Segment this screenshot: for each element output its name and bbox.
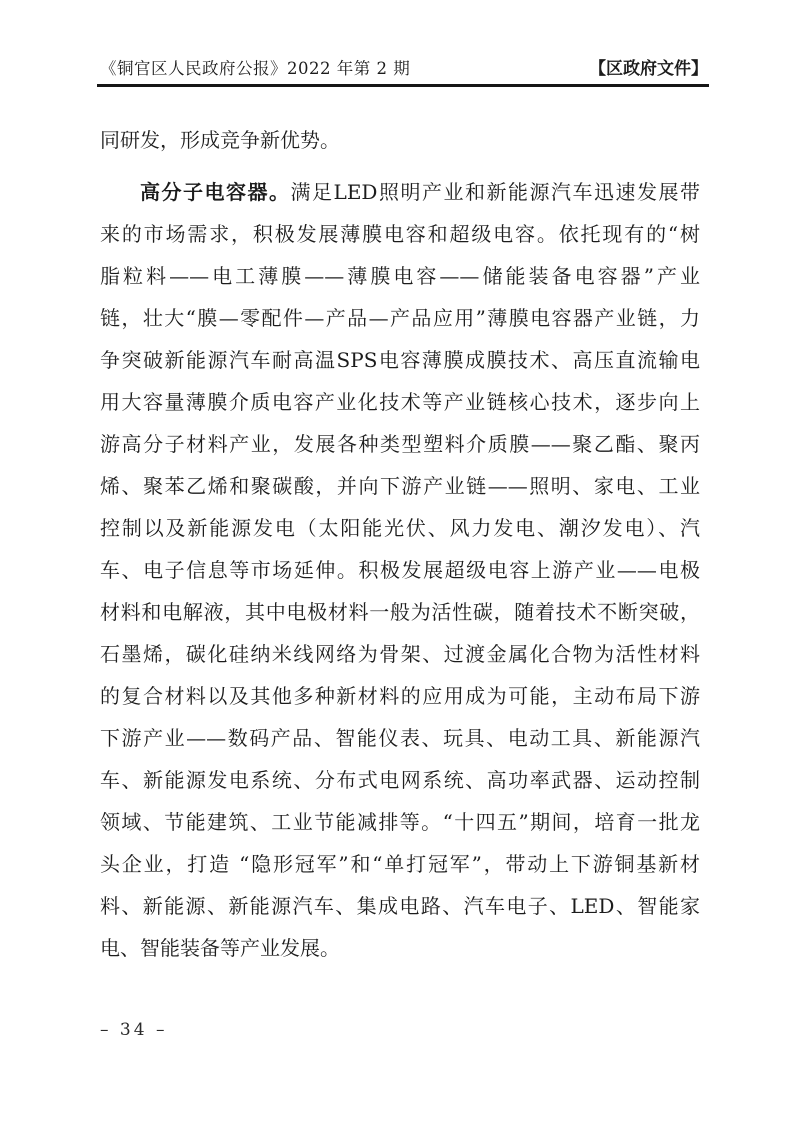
body-line: 同研发，形成竞争新优势。	[100, 119, 700, 161]
body-line: 领域、节能建筑、工业节能减排等。“十四五”期间，培育一批龙	[100, 801, 700, 843]
body-line: 石墨烯，碳化硅纳米线网络为骨架、过渡金属化合物为活性材料	[100, 633, 700, 675]
body-line: 车、新能源发电系统、分布式电网系统、高功率武器、运动控制	[100, 759, 700, 801]
document-body: 同研发，形成竞争新优势。 高分子电容器。满足LED照明产业和新能源汽车迅速发展带…	[100, 119, 700, 969]
page-number: – 34 –	[100, 1020, 167, 1040]
body-line: 车、电子信息等市场延伸。积极发展超级电容上游产业——电极	[100, 549, 700, 591]
body-line: 游高分子材料产业，发展各种类型塑料介质膜——聚乙酯、聚丙	[100, 423, 700, 465]
body-line: 电、智能装备等产业发展。	[100, 927, 700, 969]
body-line: 用大容量薄膜介质电容产业化技术等产业链核心技术，逐步向上	[100, 381, 700, 423]
body-line: 材料和电解液，其中电极材料一般为活性碳，随着技术不断突破，	[100, 591, 700, 633]
body-line: 链，壮大“膜—零配件—产品—产品应用”薄膜电容器产业链，力	[100, 297, 700, 339]
body-line: 的复合材料以及其他多种新材料的应用成为可能，主动布局下游	[100, 675, 700, 717]
body-line: 脂粒料——电工薄膜——薄膜电容——储能装备电容器”产业	[100, 255, 700, 297]
body-line-text: 满足LED照明产业和新能源汽车迅速发展带	[291, 180, 700, 204]
body-line: 来的市场需求，积极发展薄膜电容和超级电容。依托现有的“树	[100, 213, 700, 255]
body-line-bold-lead: 高分子电容器。	[140, 180, 291, 204]
body-line: 控制以及新能源发电（太阳能光伏、风力发电、潮汐发电）、汽	[100, 507, 700, 549]
body-line: 料、新能源、新能源汽车、集成电路、汽车电子、LED、智能家	[100, 885, 700, 927]
body-line: 高分子电容器。满足LED照明产业和新能源汽车迅速发展带	[100, 171, 700, 213]
header-rule	[97, 84, 709, 87]
page-header: 《铜官区人民政府公报》2022 年第 2 期 【区政府文件】	[100, 54, 708, 79]
gazette-page: 《铜官区人民政府公报》2022 年第 2 期 【区政府文件】 同研发，形成竞争新…	[0, 0, 793, 1122]
document-category-tag: 【区政府文件】	[589, 54, 708, 79]
gazette-title: 《铜官区人民政府公报》2022 年第 2 期	[100, 55, 410, 79]
body-line: 烯、聚苯乙烯和聚碳酸，并向下游产业链——照明、家电、工业	[100, 465, 700, 507]
body-line: 头企业，打造 “隐形冠军”和“单打冠军”，带动上下游铜基新材	[100, 843, 700, 885]
body-line: 争突破新能源汽车耐高温SPS电容薄膜成膜技术、高压直流输电	[100, 339, 700, 381]
page-footer: – 34 –	[100, 1020, 167, 1040]
body-line: 下游产业——数码产品、智能仪表、玩具、电动工具、新能源汽	[100, 717, 700, 759]
